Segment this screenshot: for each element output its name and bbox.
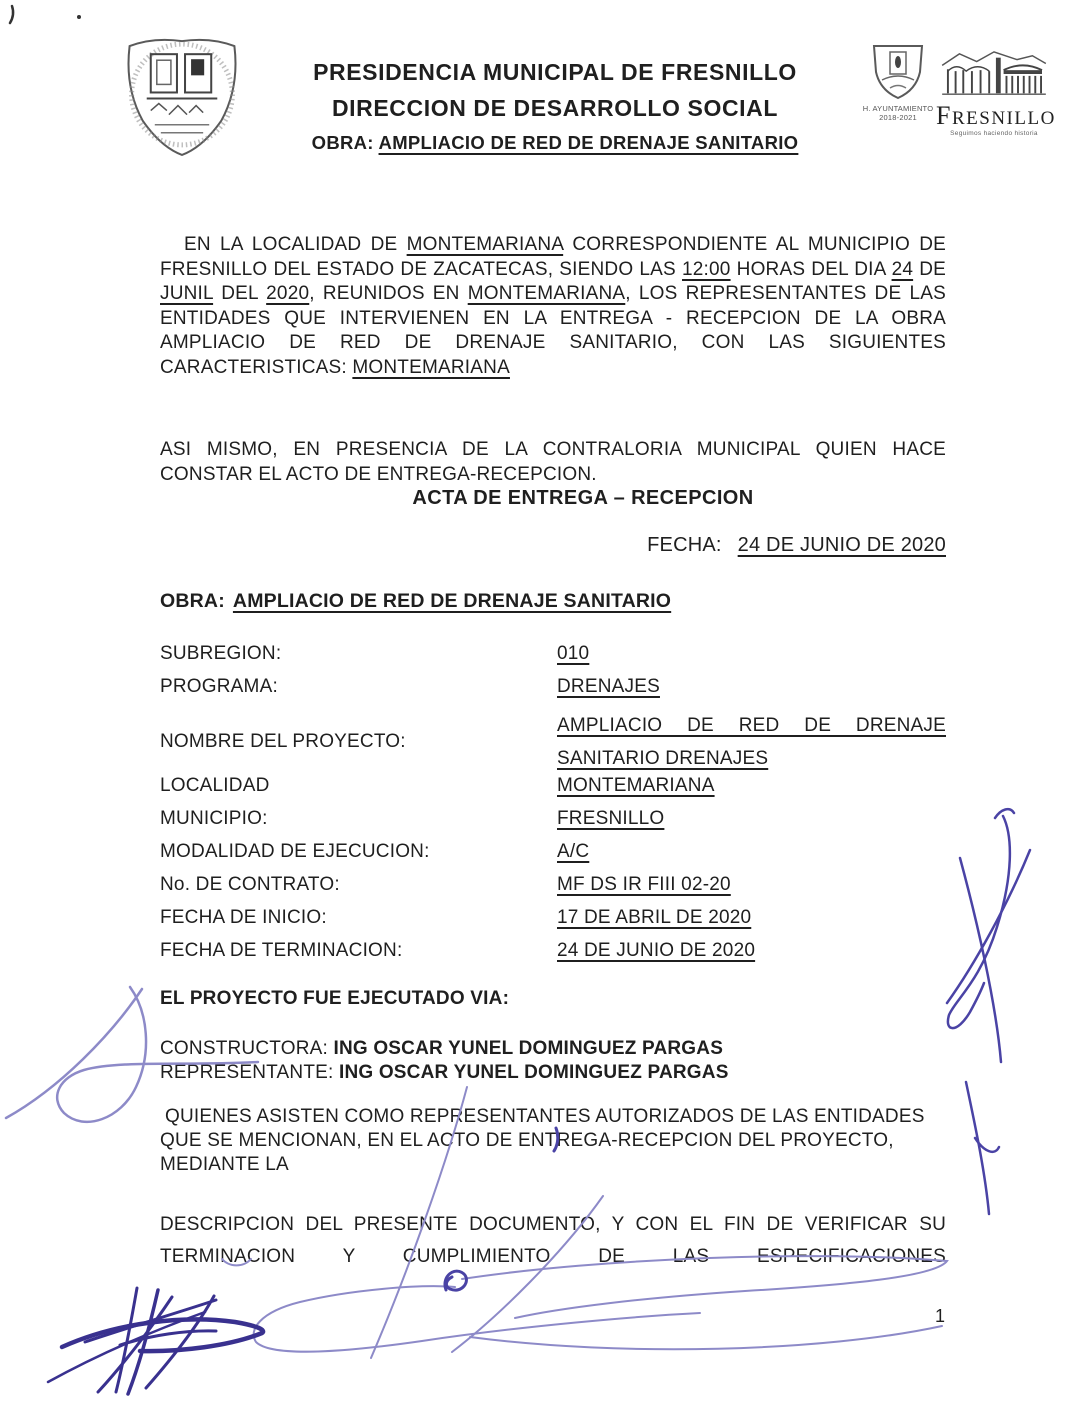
fecha-line: FECHA:24 DE JUNIO DE 2020 (160, 534, 946, 557)
fresnillo-wordmark: FRESNILLO (936, 105, 1052, 130)
fresnillo-logo: FRESNILLO Seguimos haciendo historia (936, 50, 1052, 138)
ayuntamiento-shield-icon (866, 42, 930, 102)
field-value: AMPLIACIO DE RED DE DRENAJE SANITARIO DR… (557, 709, 946, 775)
field-value: 010 (557, 643, 946, 665)
field-label: NOMBRE DEL PROYECTO: (160, 731, 557, 753)
contraloria-paragraph: ASI MISMO, EN PRESENCIA DE LA CONTRALORI… (160, 438, 946, 487)
field-row-fecha-terminacion: FECHA DE TERMINACION: 24 DE JUNIO DE 202… (160, 940, 946, 962)
field-value: A/C (557, 841, 946, 863)
obra-label: OBRA: (160, 590, 225, 612)
field-row-nombre-proyecto: NOMBRE DEL PROYECTO: AMPLIACIO DE RED DE… (160, 709, 946, 775)
header-title-line2: DIRECCION DE DESARROLLO SOCIAL (235, 90, 875, 126)
ejecutado-heading: EL PROYECTO FUE EJECUTADO VIA: (160, 988, 946, 1010)
header-obra-label: OBRA: (312, 132, 374, 153)
fecha-label: FECHA: (647, 534, 722, 556)
intro-paragraph: EN LA LOCALIDAD DE MONTEMARIANA CORRESPO… (160, 233, 946, 380)
field-row-municipio: MUNICIPIO: FRESNILLO (160, 808, 946, 830)
ink-signature-bottom-left (48, 1288, 263, 1394)
field-row-fecha-inicio: FECHA DE INICIO: 17 DE ABRIL DE 2020 (160, 907, 946, 929)
field-label: No. DE CONTRATO: (160, 874, 557, 896)
document-header: PRESIDENCIA MUNICIPAL DE FRESNILLO DIREC… (235, 54, 875, 158)
field-label: LOCALIDAD (160, 775, 557, 797)
field-row-modalidad: MODALIDAD DE EJECUCION: A/C (160, 841, 946, 863)
field-row-subregion: SUBREGION: 010 (160, 643, 946, 665)
field-value: 24 DE JUNIO DE 2020 (557, 940, 946, 962)
field-value: MONTEMARIANA (557, 775, 946, 797)
representante-line: REPRESENTANTE: ING OSCAR YUNEL DOMINGUEZ… (160, 1061, 946, 1085)
header-obra-line: OBRA: AMPLIACIO DE RED DE DRENAJE SANITA… (235, 128, 875, 158)
descripcion-paragraph: DESCRIPCION DEL PRESENTE DOCUMENTO, Y CO… (160, 1209, 946, 1273)
field-value: 17 DE ABRIL DE 2020 (557, 907, 946, 929)
ink-signature-right-lower (966, 1082, 999, 1214)
project-fields: SUBREGION: 010 PROGRAMA: DRENAJES NOMBRE… (160, 643, 946, 973)
header-title-line1: PRESIDENCIA MUNICIPAL DE FRESNILLO (235, 54, 875, 90)
field-value: DRENAJES (557, 676, 946, 698)
field-label: FECHA DE TERMINACION: (160, 940, 557, 962)
fresnillo-tagline: Seguimos haciendo historia (936, 130, 1052, 138)
field-label: PROGRAMA: (160, 676, 557, 698)
ink-signature-right-upper (947, 809, 1030, 1062)
field-label: MUNICIPIO: (160, 808, 557, 830)
header-obra-value: AMPLIACIO DE RED DE DRENAJE SANITARIO (379, 132, 799, 153)
field-row-contrato: No. DE CONTRATO: MF DS IR FIII 02-20 (160, 874, 946, 896)
field-label: SUBREGION: (160, 643, 557, 665)
field-row-programa: PROGRAMA: DRENAJES (160, 676, 946, 698)
ayuntamiento-caption-years: 2018-2021 (852, 113, 944, 122)
field-label: FECHA DE INICIO: (160, 907, 557, 929)
field-value: FRESNILLO (557, 808, 946, 830)
obra-line: OBRA:AMPLIACIO DE RED DE DRENAJE SANITAR… (160, 590, 946, 613)
field-label: MODALIDAD DE EJECUCION: (160, 841, 557, 863)
municipal-coat-of-arms-icon (120, 32, 244, 160)
scanned-document-page: PRESIDENCIA MUNICIPAL DE FRESNILLO DIREC… (0, 0, 1090, 1411)
obra-value: AMPLIACIO DE RED DE DRENAJE SANITARIO (233, 590, 671, 612)
page-number: 1 (925, 1306, 955, 1327)
field-row-localidad: LOCALIDAD MONTEMARIANA (160, 775, 946, 797)
acta-heading: ACTA DE ENTREGA – RECEPCION (190, 487, 976, 510)
ayuntamiento-caption-text: H. AYUNTAMIENTO (852, 104, 944, 113)
field-value: MF DS IR FIII 02-20 (557, 874, 946, 896)
fresnillo-mine-gate-icon (938, 50, 1050, 98)
constructora-block: CONSTRUCTORA: ING OSCAR YUNEL DOMINGUEZ … (160, 1037, 946, 1085)
ayuntamiento-caption: H. AYUNTAMIENTO 2018-2021 (852, 104, 944, 122)
quienes-paragraph: QUIENES ASISTEN COMO REPRESENTANTES AUTO… (160, 1105, 946, 1177)
constructora-line: CONSTRUCTORA: ING OSCAR YUNEL DOMINGUEZ … (160, 1037, 946, 1061)
fecha-value: 24 DE JUNIO DE 2020 (738, 534, 946, 556)
